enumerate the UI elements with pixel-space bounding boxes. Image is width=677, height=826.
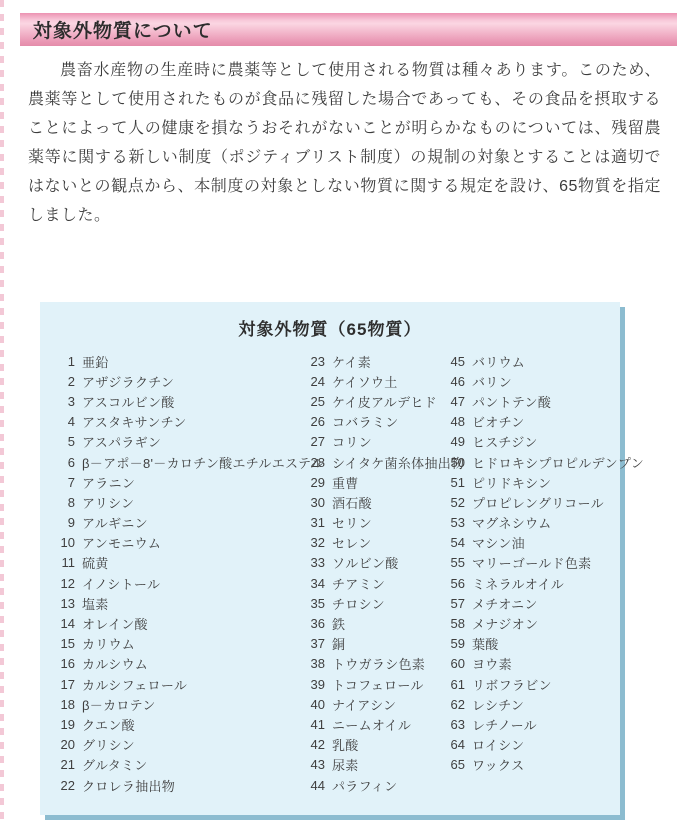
substance-name: 硫黄	[82, 553, 109, 572]
substance-number: 53	[445, 515, 465, 530]
substance-name: ナイアシン	[332, 695, 396, 714]
substance-name: ヒスチジン	[472, 432, 538, 451]
substance-item: 30酒石酸	[305, 492, 445, 512]
substance-name: 重曹	[332, 473, 359, 492]
substance-number: 9	[55, 515, 75, 530]
substance-number: 56	[445, 576, 465, 591]
substance-item: 29重曹	[305, 472, 445, 492]
substance-number: 29	[305, 475, 325, 490]
substance-name: カリウム	[82, 634, 135, 653]
substance-number: 13	[55, 596, 75, 611]
substance-number: 55	[445, 555, 465, 570]
substance-item: 64ロイシン	[445, 735, 620, 755]
substance-number: 54	[445, 535, 465, 550]
substance-name: ワックス	[472, 755, 524, 774]
substance-item: 40ナイアシン	[305, 694, 445, 714]
substance-item: 13塩素	[55, 593, 305, 613]
substance-name: 葉酸	[472, 634, 499, 653]
substance-number: 30	[305, 495, 325, 510]
intro-paragraph: 農畜水産物の生産時に農薬等として使用される物質は種々あります。このため、農薬等と…	[28, 56, 661, 230]
substance-number: 24	[305, 374, 325, 389]
substance-name: 亜鉛	[82, 352, 109, 371]
substance-number: 49	[445, 434, 465, 449]
substance-number: 18	[55, 697, 75, 712]
substance-item: 27コリン	[305, 432, 445, 452]
substance-number: 48	[445, 414, 465, 429]
substance-item: 23ケイ素	[305, 351, 445, 371]
substance-number: 3	[55, 394, 75, 409]
substance-box: 対象外物質（65物質） 1亜鉛2アザジラクチン3アスコルビン酸4アスタキサンチン…	[40, 302, 620, 815]
substance-name: 銅	[332, 634, 345, 653]
substance-name: レシチン	[472, 695, 524, 714]
substance-name: ビオチン	[472, 412, 525, 431]
substance-name: チアミン	[332, 574, 385, 593]
substance-name: メナジオン	[472, 614, 538, 633]
substance-item: 11硫黄	[55, 553, 305, 573]
substance-name: プロピレングリコール	[472, 493, 604, 512]
substance-item: 45バリウム	[445, 351, 620, 371]
substance-item: 34チアミン	[305, 573, 445, 593]
substance-number: 23	[305, 354, 325, 369]
substance-item: 20グリシン	[55, 735, 305, 755]
substance-number: 16	[55, 656, 75, 671]
substance-item: 8アリシン	[55, 492, 305, 512]
substance-item: 16カルシウム	[55, 654, 305, 674]
substance-item: 33ソルビン酸	[305, 553, 445, 573]
substance-item: 59葉酸	[445, 634, 620, 654]
substance-item: 32セレン	[305, 533, 445, 553]
substance-item: 26コバラミン	[305, 412, 445, 432]
substance-number: 42	[305, 737, 325, 752]
substance-number: 39	[305, 677, 325, 692]
substance-number: 35	[305, 596, 325, 611]
substance-item: 28シイタケ菌糸体抽出物	[305, 452, 445, 472]
substance-name: 尿素	[332, 755, 359, 774]
substance-item: 24ケイソウ土	[305, 371, 445, 391]
substance-item: 4アスタキサンチン	[55, 412, 305, 432]
substance-item: 3アスコルビン酸	[55, 391, 305, 411]
substance-item: 25ケイ皮アルデヒド	[305, 391, 445, 411]
substance-number: 36	[305, 616, 325, 631]
substance-number: 1	[55, 354, 75, 369]
substance-number: 62	[445, 697, 465, 712]
substance-item: 12イノシトール	[55, 573, 305, 593]
substance-name: 鉄	[332, 614, 345, 633]
substance-number: 57	[445, 596, 465, 611]
substance-number: 61	[445, 677, 465, 692]
substance-name: アラニン	[82, 473, 135, 492]
substance-item: 42乳酸	[305, 735, 445, 755]
substance-item: 43尿素	[305, 755, 445, 775]
substance-name: カルシフェロール	[82, 675, 187, 694]
substance-item: 53マグネシウム	[445, 513, 620, 533]
substance-number: 64	[445, 737, 465, 752]
substance-item: 63レチノール	[445, 714, 620, 734]
substance-name: コリン	[332, 432, 372, 451]
substance-item: 39トコフェロール	[305, 674, 445, 694]
substance-number: 43	[305, 757, 325, 772]
substance-item: 10アンモニウム	[55, 533, 305, 553]
substance-item: 38トウガラシ色素	[305, 654, 445, 674]
substance-item: 58メナジオン	[445, 613, 620, 633]
substance-item: 5アスパラギン	[55, 432, 305, 452]
substance-number: 41	[305, 717, 325, 732]
substance-name: パントテン酸	[472, 392, 551, 411]
substance-item: 2アザジラクチン	[55, 371, 305, 391]
substance-number: 25	[305, 394, 325, 409]
substance-name: β－カロテン	[82, 695, 156, 714]
substance-name: 酒石酸	[332, 493, 372, 512]
substance-number: 45	[445, 354, 465, 369]
substance-number: 47	[445, 394, 465, 409]
substance-number: 26	[305, 414, 325, 429]
substance-item: 48ビオチン	[445, 412, 620, 432]
substance-name: グルタミン	[82, 755, 148, 774]
substance-item: 51ピリドキシン	[445, 472, 620, 492]
substance-number: 12	[55, 576, 75, 591]
substance-item: 7アラニン	[55, 472, 305, 492]
substance-number: 44	[305, 778, 325, 793]
substance-item: 37銅	[305, 634, 445, 654]
document-page: 対象外物質について 農畜水産物の生産時に農薬等として使用される物質は種々あります…	[0, 0, 677, 826]
substance-number: 11	[55, 555, 75, 570]
substance-name: アンモニウム	[82, 533, 161, 552]
substance-name: ロイシン	[472, 735, 525, 754]
substance-number: 10	[55, 535, 75, 550]
substance-number: 32	[305, 535, 325, 550]
substance-name: コバラミン	[332, 412, 399, 431]
substance-number: 60	[445, 656, 465, 671]
substance-number: 38	[305, 656, 325, 671]
substance-number: 52	[445, 495, 465, 510]
substance-name: イノシトール	[82, 574, 160, 593]
substance-column: 45バリウム46バリン47パントテン酸48ビオチン49ヒスチジン50ヒドロキシプ…	[445, 351, 620, 795]
substance-number: 33	[305, 555, 325, 570]
substance-name: レチノール	[472, 715, 537, 734]
substance-name: アルギニン	[82, 513, 148, 532]
substance-name: アザジラクチン	[82, 372, 174, 391]
page-title: 対象外物質について	[20, 16, 213, 44]
substance-number: 34	[305, 576, 325, 591]
substance-number: 40	[305, 697, 325, 712]
substance-item: 49ヒスチジン	[445, 432, 620, 452]
substance-name: ケイ素	[332, 352, 371, 371]
substance-box-title: 対象外物質（65物質）	[40, 315, 620, 340]
substance-name: ニームオイル	[332, 715, 411, 734]
substance-name: セレン	[332, 533, 372, 552]
substance-item: 31セリン	[305, 513, 445, 533]
substance-number: 37	[305, 636, 325, 651]
substance-name: オレイン酸	[82, 614, 148, 633]
substance-number: 20	[55, 737, 75, 752]
substance-name: パラフィン	[332, 776, 397, 795]
substance-item: 56ミネラルオイル	[445, 573, 620, 593]
left-dashed-border	[0, 0, 4, 826]
substance-item: 22クロレラ抽出物	[55, 775, 305, 795]
substance-number: 19	[55, 717, 75, 732]
substance-number: 15	[55, 636, 75, 651]
substance-item: 55マリーゴールド色素	[445, 553, 620, 573]
substance-number: 27	[305, 434, 325, 449]
substance-item: 9アルギニン	[55, 513, 305, 533]
substance-item: 14オレイン酸	[55, 613, 305, 633]
substance-name: セリン	[332, 513, 372, 532]
substance-columns: 1亜鉛2アザジラクチン3アスコルビン酸4アスタキサンチン5アスパラギン6β－アポ…	[40, 351, 620, 795]
substance-name: アスコルビン酸	[82, 392, 175, 411]
substance-item: 18β－カロテン	[55, 694, 305, 714]
substance-name: 塩素	[82, 594, 109, 613]
substance-item: 46バリン	[445, 371, 620, 391]
substance-column: 23ケイ素24ケイソウ土25ケイ皮アルデヒド26コバラミン27コリン28シイタケ…	[305, 351, 445, 795]
substance-name: アリシン	[82, 493, 134, 512]
substance-name: ソルビン酸	[332, 553, 399, 572]
substance-number: 6	[55, 455, 75, 470]
substance-item: 60ヨウ素	[445, 654, 620, 674]
substance-name: ケイ皮アルデヒド	[332, 392, 437, 411]
substance-number: 2	[55, 374, 75, 389]
substance-number: 63	[445, 717, 465, 732]
substance-item: 65ワックス	[445, 755, 620, 775]
substance-number: 59	[445, 636, 465, 651]
substance-number: 58	[445, 616, 465, 631]
substance-item: 21グルタミン	[55, 755, 305, 775]
substance-name: バリウム	[472, 352, 525, 371]
substance-number: 46	[445, 374, 465, 389]
substance-number: 21	[55, 757, 75, 772]
section-title-bar: 対象外物質について	[20, 13, 677, 46]
substance-number: 17	[55, 677, 75, 692]
substance-item: 1亜鉛	[55, 351, 305, 371]
substance-name: バリン	[472, 372, 512, 391]
substance-name: マシン油	[472, 533, 525, 552]
substance-name: マリーゴールド色素	[472, 553, 591, 572]
substance-item: 17カルシフェロール	[55, 674, 305, 694]
substance-item: 62レシチン	[445, 694, 620, 714]
substance-name: チロシン	[332, 594, 385, 613]
substance-item: 36鉄	[305, 613, 445, 633]
substance-name: グリシン	[82, 735, 135, 754]
substance-item: 57メチオニン	[445, 593, 620, 613]
substance-name: クロレラ抽出物	[82, 776, 175, 795]
substance-name: ピリドキシン	[472, 473, 551, 492]
substance-name: トウガラシ色素	[332, 654, 425, 673]
substance-item: 15カリウム	[55, 634, 305, 654]
substance-item: 61リボフラビン	[445, 674, 620, 694]
substance-name: β－アポ－8'－カロチン酸エチルエステル	[82, 453, 324, 472]
substance-item: 54マシン油	[445, 533, 620, 553]
substance-item: 35チロシン	[305, 593, 445, 613]
substance-number: 50	[445, 455, 465, 470]
substance-name: トコフェロール	[332, 675, 424, 694]
substance-name: ヒドロキシプロピルデンプン	[472, 453, 644, 472]
substance-name: クエン酸	[82, 715, 135, 734]
substance-number: 28	[305, 455, 325, 470]
substance-number: 51	[445, 475, 465, 490]
substance-item: 44パラフィン	[305, 775, 445, 795]
substance-name: アスタキサンチン	[82, 412, 187, 431]
substance-name: アスパラギン	[82, 432, 161, 451]
substance-name: ケイソウ土	[332, 372, 398, 391]
substance-number: 65	[445, 757, 465, 772]
substance-name: ミネラルオイル	[472, 574, 564, 593]
substance-name: カルシウム	[82, 654, 148, 673]
substance-item: 52プロピレングリコール	[445, 492, 620, 512]
substance-number: 31	[305, 515, 325, 530]
substance-number: 14	[55, 616, 75, 631]
substance-item: 47パントテン酸	[445, 391, 620, 411]
substance-name: マグネシウム	[472, 513, 552, 532]
substance-name: リボフラビン	[472, 675, 552, 694]
substance-name: ヨウ素	[472, 654, 512, 673]
substance-item: 19クエン酸	[55, 714, 305, 734]
substance-item: 41ニームオイル	[305, 714, 445, 734]
substance-column: 1亜鉛2アザジラクチン3アスコルビン酸4アスタキサンチン5アスパラギン6β－アポ…	[55, 351, 305, 795]
substance-number: 22	[55, 778, 75, 793]
substance-number: 4	[55, 414, 75, 429]
substance-item: 6β－アポ－8'－カロチン酸エチルエステル	[55, 452, 305, 472]
substance-number: 7	[55, 475, 75, 490]
substance-name: 乳酸	[332, 735, 359, 754]
substance-number: 5	[55, 434, 75, 449]
substance-number: 8	[55, 495, 75, 510]
substance-item: 50ヒドロキシプロピルデンプン	[445, 452, 620, 472]
substance-name: メチオニン	[472, 594, 538, 613]
